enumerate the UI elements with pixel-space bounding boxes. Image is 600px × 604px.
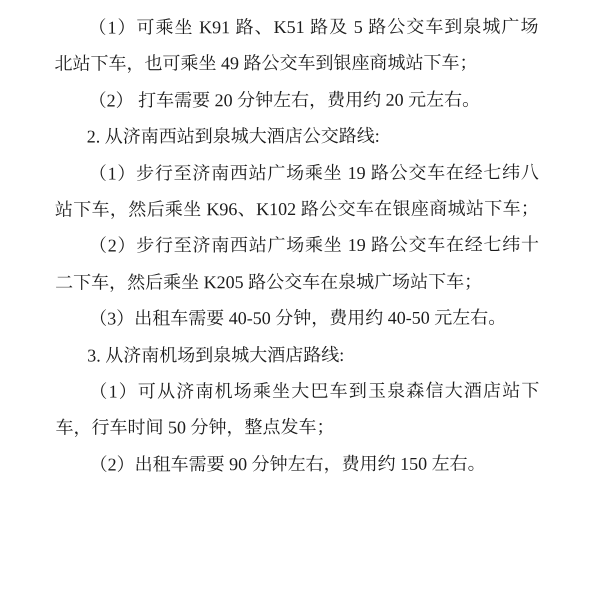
route3-item1-line1: （1）可从济南机场乘坐大巴车到玉泉森信大酒店站下 xyxy=(55,372,539,410)
section2-heading: 2. 从济南西站到泉城大酒店公交路线: xyxy=(55,118,539,156)
section3-heading: 3. 从济南机场到泉城大酒店路线: xyxy=(55,336,539,374)
route1-item2: （2） 打车需要 20 分钟左右，费用约 20 元左右。 xyxy=(55,81,539,119)
route3-item1-line2: 车，行车时间 50 分钟，整点发车； xyxy=(55,409,539,447)
route2-item2-line2: 二下车，然后乘坐 K205 路公交车在泉城广场站下车； xyxy=(55,263,539,301)
route2-item1-line1: （1）步行至济南西站广场乘坐 19 路公交车在经七纬八 xyxy=(55,154,539,192)
route1-item1-line2: 北站下车，也可乘坐 49 路公交车到银座商城站下车； xyxy=(54,45,538,83)
document-page: （1）可乘坐 K91 路、K51 路及 5 路公交车到泉城广场 北站下车，也可乘… xyxy=(0,0,600,604)
route1-item1-line1: （1）可乘坐 K91 路、K51 路及 5 路公交车到泉城广场 xyxy=(54,8,538,46)
route2-item1-line2: 站下车，然后乘坐 K96、K102 路公交车在银座商城站下车； xyxy=(55,190,539,228)
route2-item2-line1: （2）步行至济南西站广场乘坐 19 路公交车在经七纬十 xyxy=(55,227,539,265)
document-body: （1）可乘坐 K91 路、K51 路及 5 路公交车到泉城广场 北站下车，也可乘… xyxy=(54,8,539,483)
route2-item3: （3）出租车需要 40-50 分钟，费用约 40-50 元左右。 xyxy=(55,300,539,338)
route3-item2: （2）出租车需要 90 分钟左右，费用约 150 左右。 xyxy=(56,445,540,483)
